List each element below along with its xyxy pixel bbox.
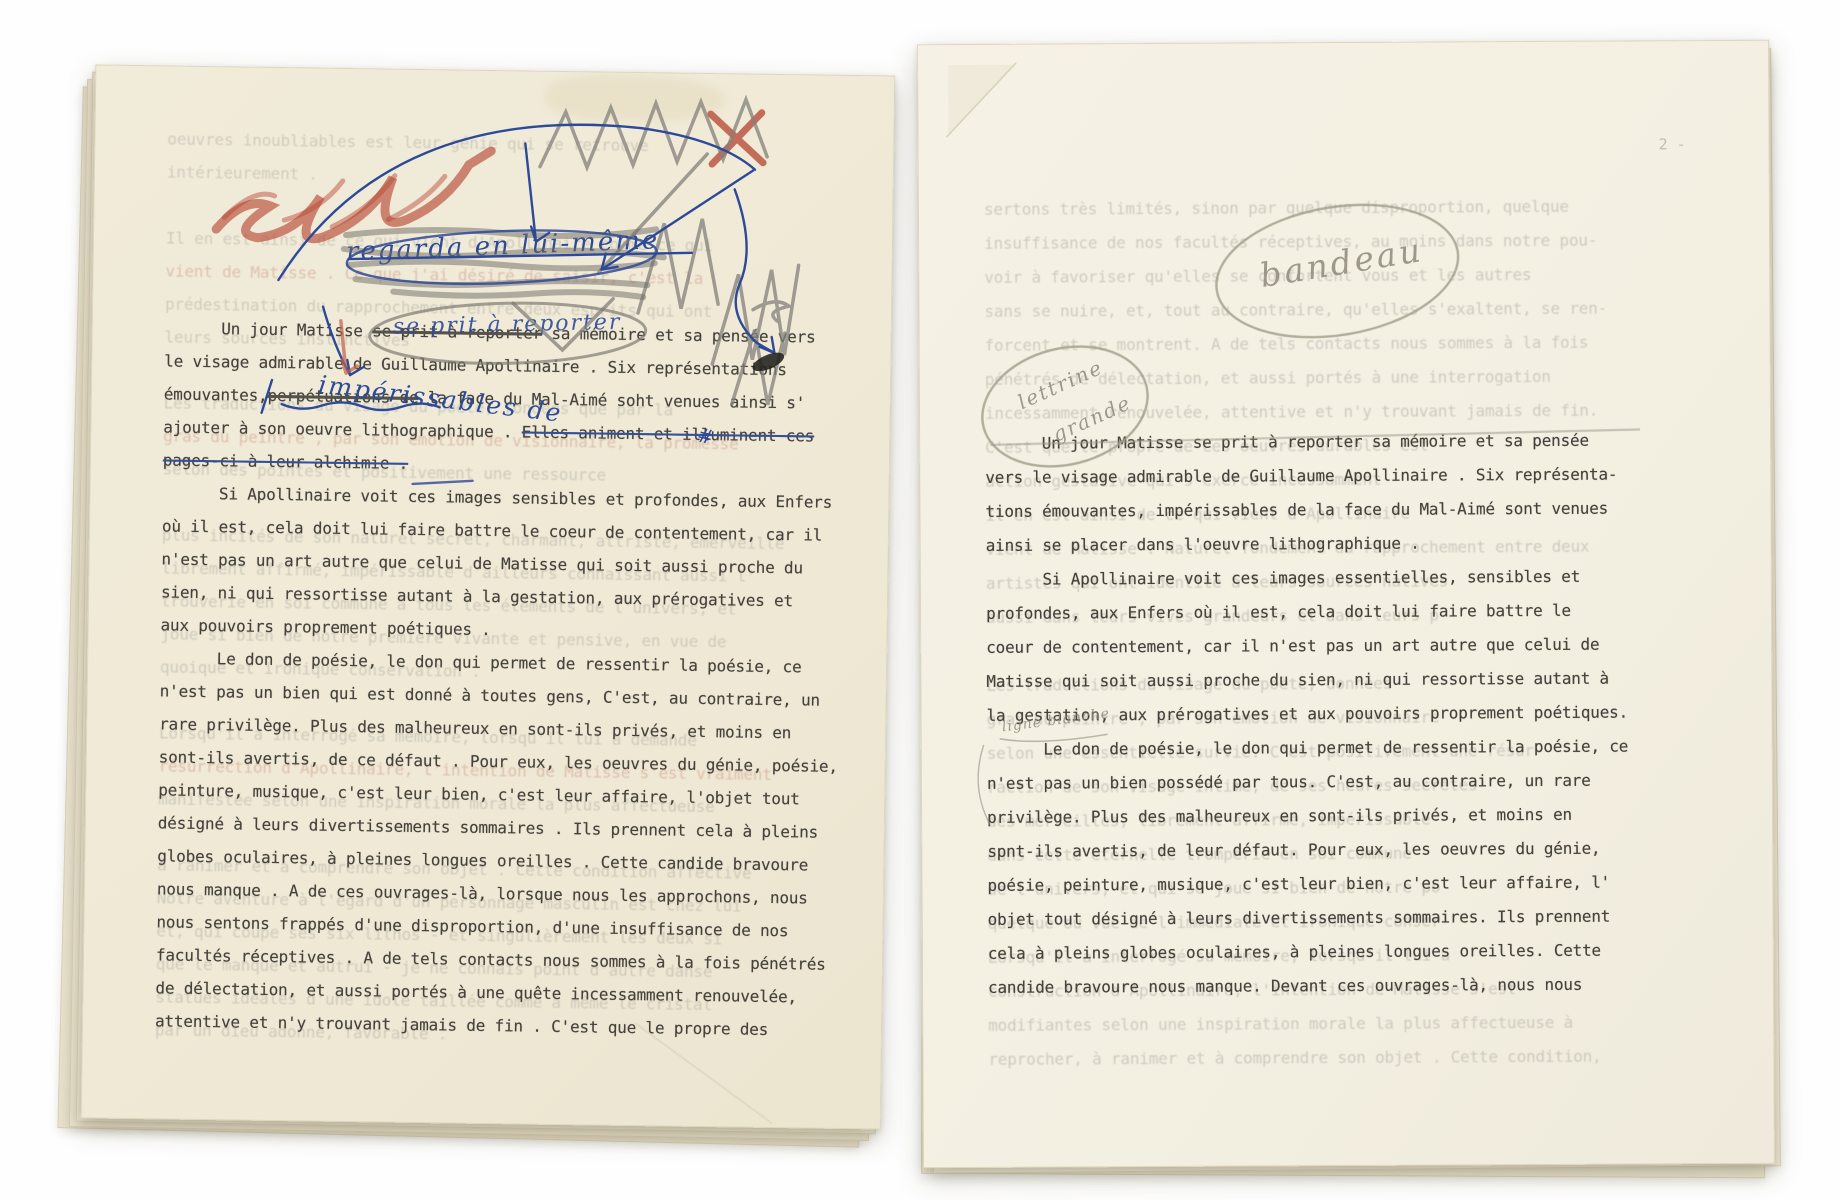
typed-text: ajouter à son oeuvre lithographique . <box>163 417 522 441</box>
typed-line: cela à pleins globes oculaires, à pleine… <box>988 933 1728 971</box>
typed-line: profondes, aux Enfers où il est, cela do… <box>986 593 1726 631</box>
left-page: oeuvres inoubliables est leur génie qui … <box>81 64 896 1129</box>
typed-line: tions émouvantes, impérissables de la fa… <box>985 491 1725 529</box>
right-page: 2 - sertons très limités, sinon par quel… <box>917 40 1775 1168</box>
typed-line: Matisse qui soit aussi proche du sien, n… <box>986 661 1726 699</box>
manuscript-photo: oeuvres inoubliables est leur génie qui … <box>0 0 1840 1200</box>
typed-line: vers le visage admirable de Guillaume Ap… <box>985 457 1725 495</box>
typed-line: candide bravoure nous manque. Devant ces… <box>988 967 1728 1005</box>
typed-line: Le don de poésie, le don qui permet de r… <box>987 729 1727 767</box>
typed-line: ainsi se placer dans l'oeuvre lithograph… <box>986 525 1726 563</box>
typed-line: spnt-ils avertis, de leur défaut. Pour e… <box>987 831 1727 869</box>
typed-text: émouvantes, <box>164 384 268 404</box>
typed-line: privilège. Plus des malheureux en sont-i… <box>987 797 1727 835</box>
typed-line: Si Apollinaire voit ces images essentiel… <box>986 559 1726 597</box>
bleed-line: reprocher, à ranimer et à comprendre son… <box>988 1039 1708 1077</box>
typed-line: poésie, peinture, musique, c'est leur bi… <box>987 865 1727 903</box>
bleed-line: sertons très limités, sinon par quelque … <box>984 189 1704 227</box>
typed-line: objet tout désigné à leurs divertissemen… <box>988 899 1728 937</box>
paper-stain <box>546 74 727 123</box>
bleed-line: modifiantes selon une inspiration morale… <box>988 1005 1708 1043</box>
typed-text: Un jour Matisse <box>165 318 373 340</box>
page-number: 2 - <box>1659 135 1686 153</box>
ink-struck-typed-text: Elles animent et illuminent ces <box>522 422 815 445</box>
corner-fold <box>948 65 1014 135</box>
ink-struck-typed-text: pages-ci à leur alchimie . <box>163 450 409 472</box>
typed-line: n'est pas un bien possédé par tous. C'es… <box>987 763 1727 801</box>
bleed-line: sans se nuire, et, tout au contraire, qu… <box>984 291 1704 329</box>
typed-line: coeur de contentement, car il n'est pas … <box>986 627 1726 665</box>
handwritten-insert-below: se prit à reporter <box>393 310 622 340</box>
corner-fold-line <box>946 63 1016 137</box>
